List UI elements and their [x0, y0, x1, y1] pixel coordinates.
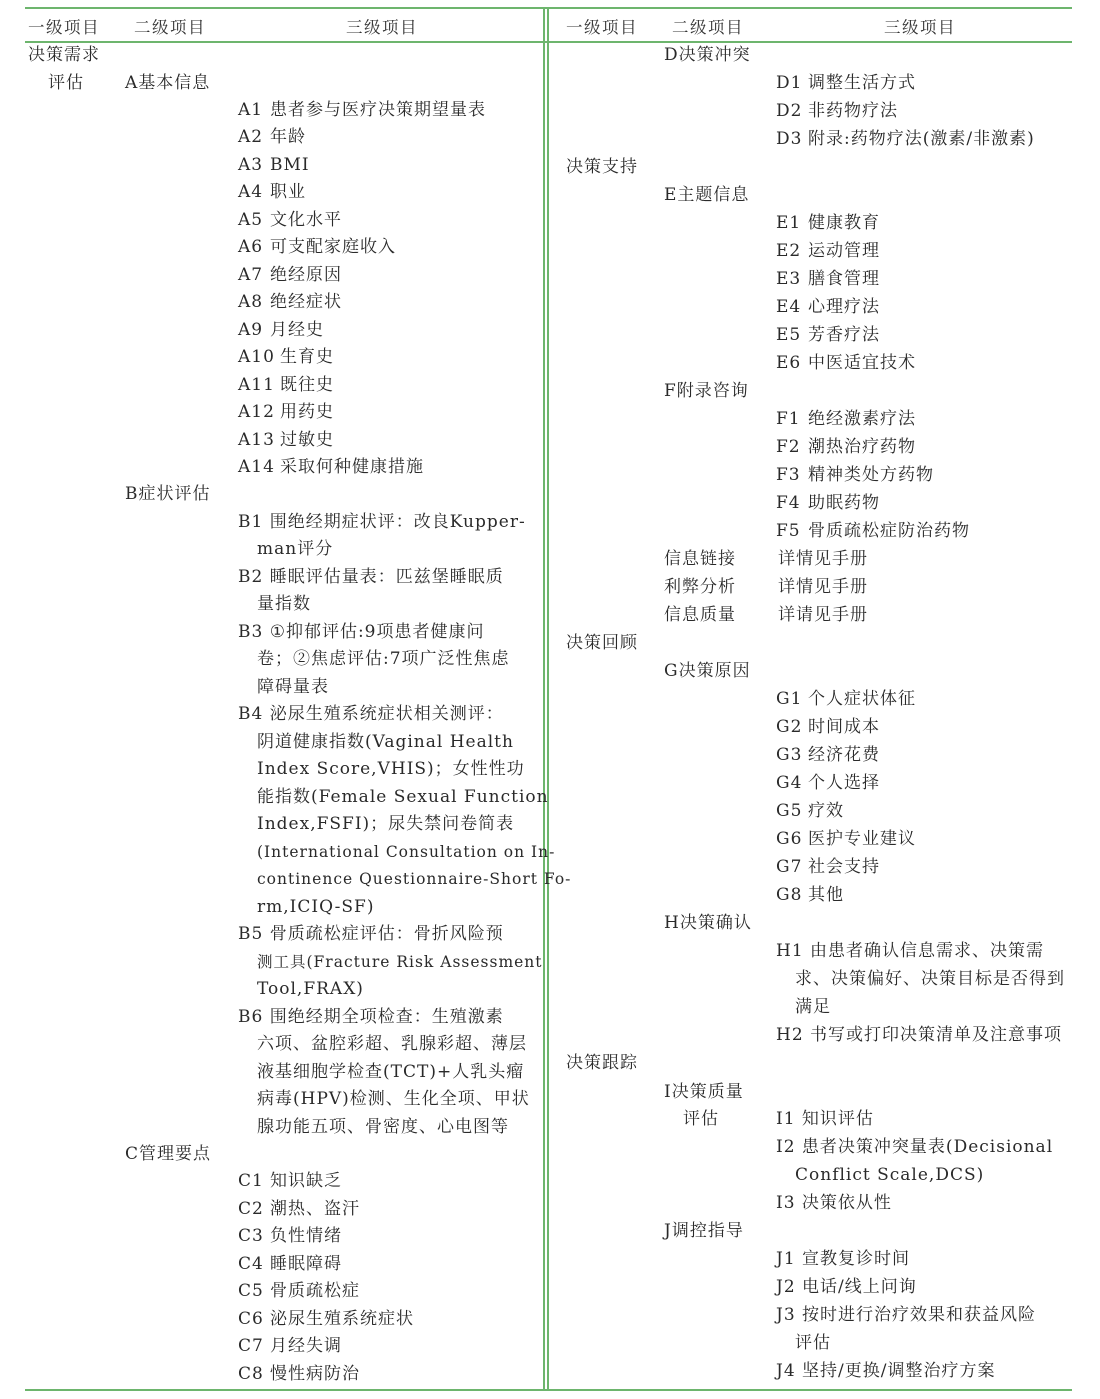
- info-link-ref: 详情见手册: [778, 546, 868, 574]
- l2-pros-cons: 利弊分析: [664, 574, 736, 602]
- list-item: A12用药史: [238, 399, 334, 427]
- l2-topic-info: E主题信息: [664, 182, 749, 210]
- list-item: D3附录:药物疗法(激素/非激素): [776, 126, 1035, 154]
- l2-info-quality: 信息质量: [664, 602, 736, 630]
- list-item: A5文化水平: [238, 207, 342, 235]
- list-item: A10生育史: [238, 344, 334, 372]
- list-item: F4助眠药物: [776, 490, 880, 518]
- list-item: A14采取何种健康措施: [238, 454, 424, 482]
- list-item: A13过敏史: [238, 427, 334, 455]
- list-item: E2运动管理: [776, 238, 880, 266]
- list-item: G3经济花费: [776, 742, 880, 770]
- list-item: G4个人选择: [776, 770, 880, 798]
- list-item: A11既往史: [238, 372, 334, 400]
- l2-symptom-assessment: B症状评估: [125, 481, 211, 509]
- list-item: G6医护专业建议: [776, 826, 916, 854]
- list-item: E6中医适宜技术: [776, 350, 916, 378]
- l2-appendix-consult: F附录咨询: [664, 378, 749, 406]
- column-divider-right: [547, 7, 549, 1391]
- list-item: F3精神类处方药物: [776, 462, 934, 490]
- list-item: E1健康教育: [776, 210, 880, 238]
- list-item: C4睡眠障碍: [238, 1251, 342, 1279]
- l2-basic-info: A基本信息: [125, 70, 210, 98]
- l2-decision-quality-line2: 评估: [683, 1106, 719, 1134]
- l1-decision-support: 决策支持: [566, 154, 638, 182]
- column-divider-left: [543, 7, 545, 1391]
- list-item: A1患者参与医疗决策期望量表: [238, 97, 486, 125]
- pros-cons-ref: 详情见手册: [778, 574, 868, 602]
- header-level3: 三级项目: [346, 14, 418, 38]
- list-item: A7绝经原因: [238, 262, 342, 290]
- list-item: A6可支配家庭收入: [238, 234, 396, 262]
- info-quality-ref: 详请见手册: [778, 602, 868, 630]
- list-item: F2潮热治疗药物: [776, 434, 916, 462]
- list-item: C3负性情绪: [238, 1223, 342, 1251]
- l2-info-link: 信息链接: [664, 546, 736, 574]
- l2-decision-confirm: H决策确认: [664, 910, 752, 938]
- list-item: E5芳香疗法: [776, 322, 880, 350]
- hierarchy-table: 一级项目 二级项目 三级项目 决策需求 评估 A基本信息 B症状评估 C管理要点…: [0, 0, 1100, 1399]
- list-item: A4职业: [238, 179, 306, 207]
- list-item: E3膳食管理: [776, 266, 880, 294]
- list-item: E4心理疗法: [776, 294, 880, 322]
- list-item: C1知识缺乏: [238, 1168, 342, 1196]
- list-item: F5骨质疏松症防治药物: [776, 518, 970, 546]
- l2-management-points: C管理要点: [125, 1141, 211, 1169]
- list-item: F1绝经激素疗法: [776, 406, 916, 434]
- l1-decision-needs-line2: 评估: [48, 70, 84, 98]
- list-item: D2非药物疗法: [776, 98, 898, 126]
- header-level2-right: 二级项目: [672, 14, 744, 38]
- l1-decision-tracking: 决策跟踪: [566, 1050, 638, 1078]
- l2-decision-conflict: D决策冲突: [664, 42, 751, 70]
- l2-regulation-guidance: J调控指导: [664, 1218, 744, 1246]
- header-level1: 一级项目: [28, 14, 100, 38]
- list-item: G7社会支持: [776, 854, 880, 882]
- list-item: A2年龄: [238, 124, 306, 152]
- list-item: A8绝经症状: [238, 289, 342, 317]
- list-item: G8其他: [776, 882, 844, 910]
- list-item: G5疗效: [776, 798, 844, 826]
- list-item: C8慢性病防治: [238, 1361, 360, 1389]
- list-item: C6泌尿生殖系统症状: [238, 1306, 414, 1334]
- list-item: C5骨质疏松症: [238, 1278, 360, 1306]
- l1-decision-review: 决策回顾: [566, 630, 638, 658]
- list-item: C7月经失调: [238, 1333, 342, 1361]
- list-item: G2时间成本: [776, 714, 880, 742]
- header-level2: 二级项目: [134, 14, 206, 38]
- list-item: D1调整生活方式: [776, 70, 916, 98]
- list-item: A3BMI: [238, 152, 310, 180]
- list-item: C2潮热、盗汗: [238, 1196, 360, 1224]
- header-level1-right: 一级项目: [566, 14, 638, 38]
- list-item: G1个人症状体征: [776, 686, 916, 714]
- list-item: A9月经史: [238, 317, 324, 345]
- header-level3-right: 三级项目: [884, 14, 956, 38]
- l2-decision-reason: G决策原因: [664, 658, 751, 686]
- l2-decision-quality-line1: I决策质量: [664, 1079, 744, 1107]
- l1-decision-needs-line1: 决策需求: [28, 42, 100, 70]
